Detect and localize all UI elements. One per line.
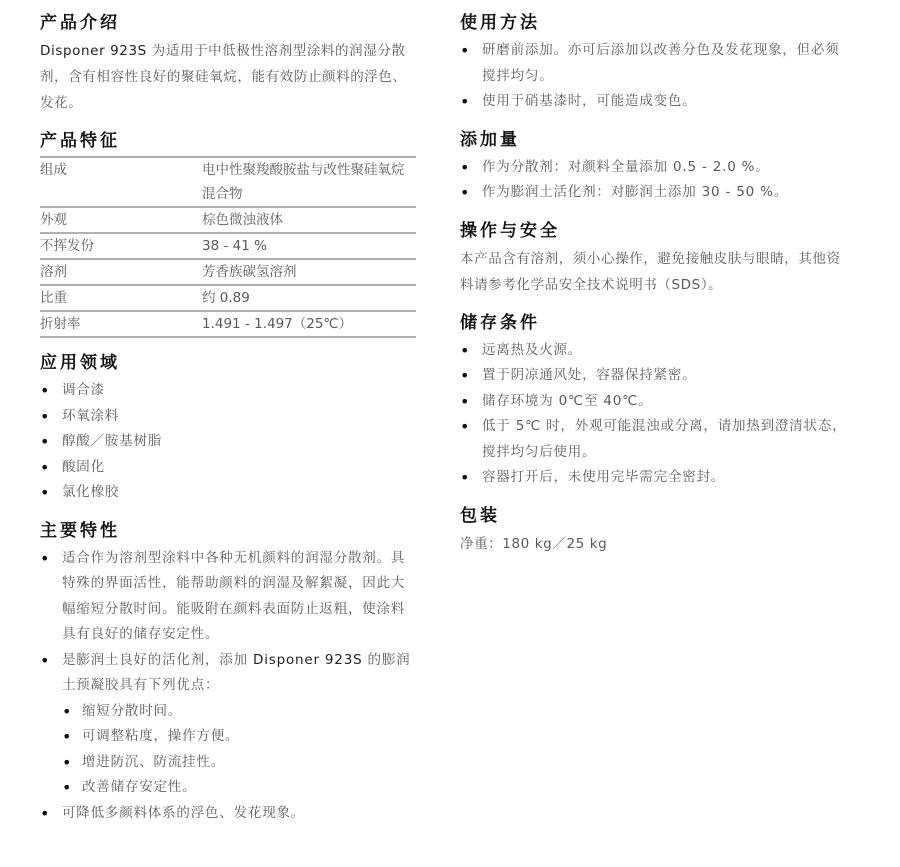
right-column: 使用方法 研磨前添加。亦可后添加以改善分色及发花现象，但必须搅拌均匀。 使用于硝… [460,8,852,567]
section-title: 使用方法 [460,8,852,38]
intro-text: Disponer 923S 为适用于中低极性溶剂型涂料的润湿分散剂，含有相容性良… [40,38,416,116]
features-table: 组成电中性聚羧酸胺盐与改性聚硅氧烷混合物 外观棕色微浊液体 不挥发份38 - 4… [40,156,416,338]
list-item: 环氧涂料 [40,404,416,430]
storage-list: 远离热及火源。 置于阴凉通风处，容器保持紧密。 储存环境为 0℃至 40℃。 低… [460,338,852,491]
applications-list: 调合漆 环氧涂料 醇酸／胺基树脂 酸固化 氯化橡胶 [40,378,416,506]
section-product-features: 产品特征 组成电中性聚羧酸胺盐与改性聚硅氧烷混合物 外观棕色微浊液体 不挥发份3… [40,126,416,338]
sub-list-item: 改善储存安定性。 [62,775,416,801]
section-title: 储存条件 [460,308,852,338]
section-title: 产品介绍 [40,8,416,38]
sub-list-item: 增进防沉、防流挂性。 [62,750,416,776]
section-title: 添加量 [460,125,852,155]
list-item: 容器打开后，未使用完毕需完全密封。 [460,465,852,491]
section-usage: 使用方法 研磨前添加。亦可后添加以改善分色及发花现象，但必须搅拌均匀。 使用于硝… [460,8,852,115]
section-title: 包装 [460,501,852,531]
list-item: 醇酸／胺基树脂 [40,429,416,455]
list-item: 低于 5℃ 时，外观可能混浊或分离，请加热到澄清状态，搅拌均匀后使用。 [460,414,852,465]
list-item: 储存环境为 0℃至 40℃。 [460,389,852,415]
product-name: Disponer 923S [40,43,147,59]
properties-list: 适合作为溶剂型涂料中各种无机颜料的润湿分散剂。具特殊的界面活性，能帮助颜料的润湿… [40,546,416,827]
list-item: 酸固化 [40,455,416,481]
table-row: 比重约 0.89 [40,285,416,311]
dosage-list: 作为分散剂：对颜料全量添加 0.5 - 2.0 %。 作为膨润土活化剂：对膨润土… [460,155,852,206]
list-item: 置于阴凉通风处，容器保持紧密。 [460,363,852,389]
sub-list: 缩短分散时间。 可调整粘度，操作方便。 增进防沉、防流挂性。 改善储存安定性。 [62,699,416,801]
list-item: 使用于硝基漆时，可能造成变色。 [460,89,852,115]
list-item: 可降低多颜料体系的浮色、发花现象。 [40,801,416,827]
usage-list: 研磨前添加。亦可后添加以改善分色及发花现象，但必须搅拌均匀。 使用于硝基漆时，可… [460,38,852,115]
section-packaging: 包装 净重：180 kg／25 kg [460,501,852,557]
list-item: 研磨前添加。亦可后添加以改善分色及发花现象，但必须搅拌均匀。 [460,38,852,89]
table-row: 溶剂芳香族碳氢溶剂 [40,259,416,285]
list-item: 适合作为溶剂型涂料中各种无机颜料的润湿分散剂。具特殊的界面活性，能帮助颜料的润湿… [40,546,416,648]
list-item: 远离热及火源。 [460,338,852,364]
table-row: 组成电中性聚羧酸胺盐与改性聚硅氧烷混合物 [40,157,416,207]
table-row: 外观棕色微浊液体 [40,207,416,233]
section-storage: 储存条件 远离热及火源。 置于阴凉通风处，容器保持紧密。 储存环境为 0℃至 4… [460,308,852,491]
safety-text: 本产品含有溶剂，须小心操作，避免接触皮肤与眼睛，其他资料请参考化学品安全技术说明… [460,246,852,298]
section-main-properties: 主要特性 适合作为溶剂型涂料中各种无机颜料的润湿分散剂。具特殊的界面活性，能帮助… [40,516,416,827]
left-column: 产品介绍 Disponer 923S 为适用于中低极性溶剂型涂料的润湿分散剂，含… [40,8,416,836]
list-item: 作为膨润土活化剂：对膨润土添加 30 - 50 %。 [460,180,852,206]
table-row: 折射率1.491 - 1.497（25℃） [40,311,416,337]
section-title: 主要特性 [40,516,416,546]
list-item: 作为分散剂：对颜料全量添加 0.5 - 2.0 %。 [460,155,852,181]
section-title: 产品特征 [40,126,416,156]
section-applications: 应用领域 调合漆 环氧涂料 醇酸／胺基树脂 酸固化 氯化橡胶 [40,348,416,506]
list-item: 调合漆 [40,378,416,404]
sub-list-item: 可调整粘度，操作方便。 [62,724,416,750]
section-title: 操作与安全 [460,216,852,246]
section-dosage: 添加量 作为分散剂：对颜料全量添加 0.5 - 2.0 %。 作为膨润土活化剂：… [460,125,852,206]
sub-list-item: 缩短分散时间。 [62,699,416,725]
section-product-intro: 产品介绍 Disponer 923S 为适用于中低极性溶剂型涂料的润湿分散剂，含… [40,8,416,116]
list-item: 氯化橡胶 [40,480,416,506]
list-item: 是膨润土良好的活化剂，添加 Disponer 923S 的膨润土预凝胶具有下列优… [40,648,416,801]
product-name: Disponer 923S [253,652,362,668]
section-title: 应用领域 [40,348,416,378]
packaging-text: 净重：180 kg／25 kg [460,531,852,557]
table-row: 不挥发份38 - 41 % [40,233,416,259]
section-safety: 操作与安全 本产品含有溶剂，须小心操作，避免接触皮肤与眼睛，其他资料请参考化学品… [460,216,852,298]
